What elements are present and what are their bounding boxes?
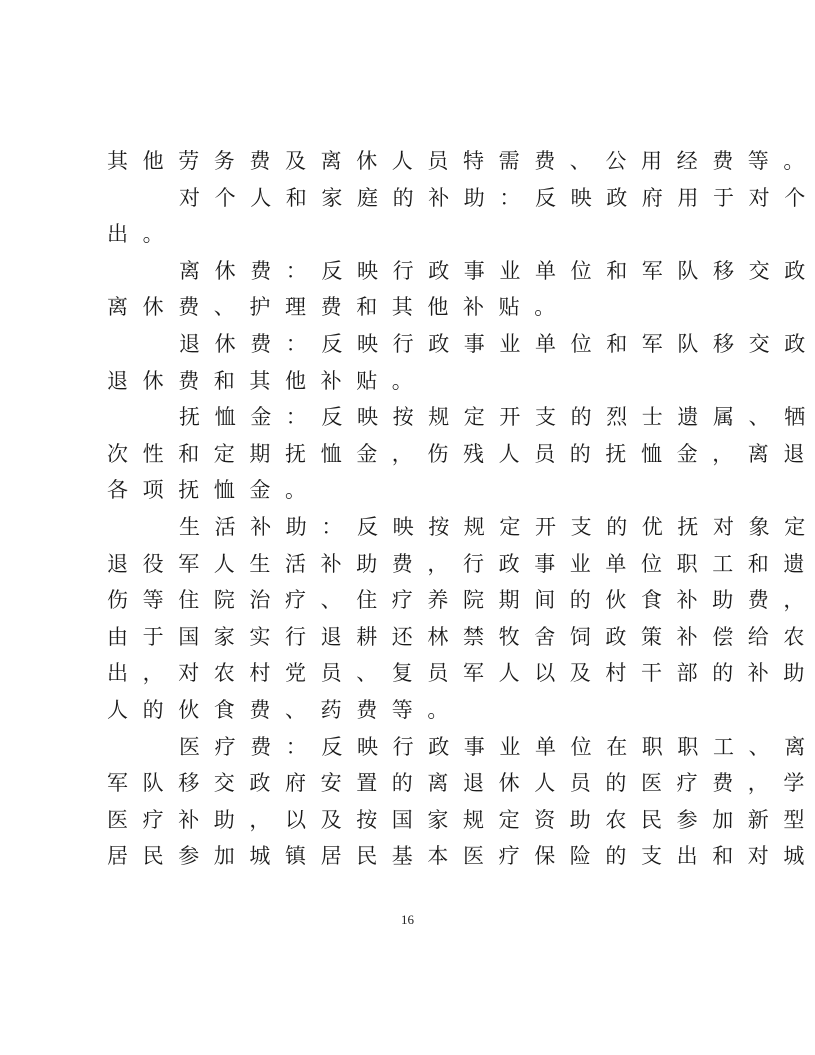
- page-number: 16: [0, 912, 815, 928]
- paragraph-heading-line: 抚恤金：反映按规定开支的烈士遗属、牺牲病故人员遗属的一: [107, 399, 719, 436]
- text-line: 出。: [107, 216, 719, 253]
- body-text: 其他劳务费及离休人员特需费、公用经费等。 对个人和家庭的补助：反映政府用于对个人…: [107, 143, 719, 875]
- text-line: 其他劳务费及离休人员特需费、公用经费等。: [107, 143, 719, 180]
- text-line: 由于国家实行退耕还林禁牧舍饲政策补偿给农牧民的现金、粮食支: [107, 619, 719, 656]
- text-line: 医疗补助，以及按国家规定资助农民参加新型农村合作医疗和城镇: [107, 802, 719, 839]
- text-line: 伤等住院治疗、住疗养院期间的伙食补助费，长期赡养人员补助费，: [107, 582, 719, 619]
- text-line: 居民参加城镇居民基本医疗保险的支出和对城乡贫困家庭的医疗: [107, 838, 719, 875]
- text-line: 出，对农村党员、复员军人以及村干部的补助支出，看守人员和犯: [107, 655, 719, 692]
- document-page: 其他劳务费及离休人员特需费、公用经费等。 对个人和家庭的补助：反映政府用于对个人…: [0, 0, 815, 1055]
- text-line: 人的伙食费、药费等。: [107, 692, 719, 729]
- paragraph-heading-line: 医疗费：反映行政事业单位在职职工、离退休人员的医疗费，: [107, 729, 719, 766]
- paragraph-heading-line: 对个人和家庭的补助：反映政府用于对个人和家庭的补助支: [107, 180, 719, 217]
- paragraph-heading-line: 生活补助：反映按规定开支的优抚对象定期定量生活补助费，: [107, 509, 719, 546]
- text-line: 军队移交政府安置的离退休人员的医疗费，学生医疗费，优抚对象: [107, 765, 719, 802]
- text-line: 退役军人生活补助费，行政事业单位职工和遗属生活补助，因公负: [107, 546, 719, 583]
- text-line: 离休费、护理费和其他补贴。: [107, 289, 719, 326]
- text-line: 次性和定期抚恤金，伤残人员的抚恤金，离退休人员等其他人员的: [107, 436, 719, 473]
- paragraph-heading-line: 离休费：反映行政事业单位和军队移交政府安置的离休人员的: [107, 253, 719, 290]
- paragraph-heading-line: 退休费：反映行政事业单位和军队移交政府安置的退休人员的: [107, 326, 719, 363]
- text-line: 各项抚恤金。: [107, 472, 719, 509]
- text-line: 退休费和其他补贴。: [107, 363, 719, 400]
